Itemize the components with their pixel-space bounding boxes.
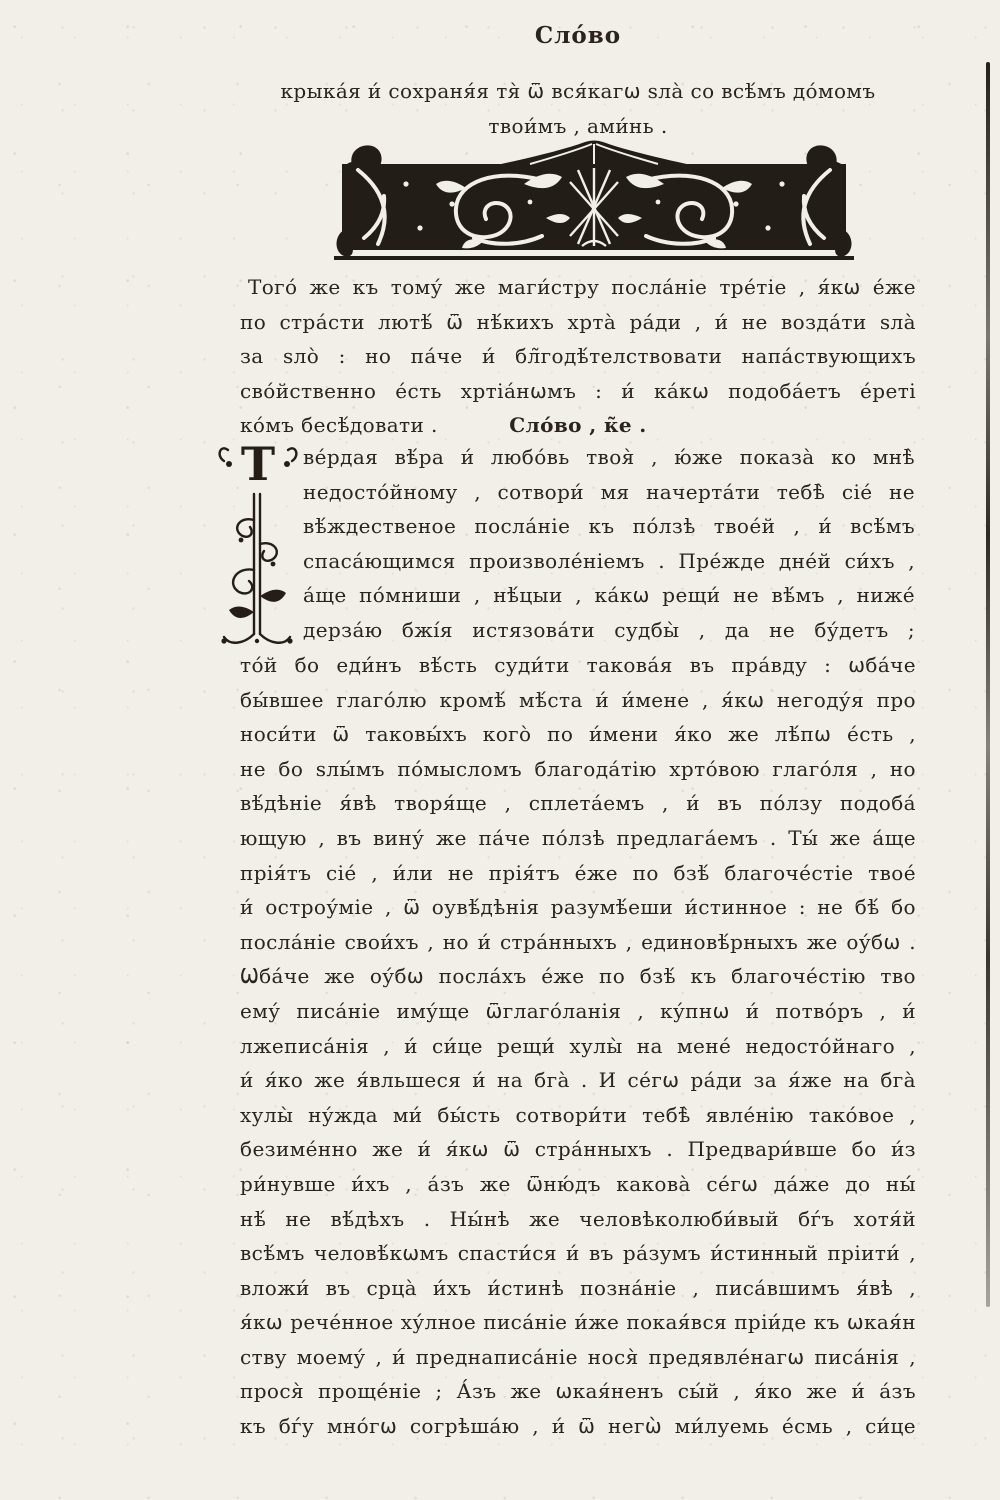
body-line: носи́ти ѿ таковы́хъ кого̀ по и́мени я́ко… (240, 717, 916, 752)
body-line: и́ я́ко же я́вльшеся и́ на бга̀ . И се́г… (240, 1063, 916, 1098)
body-paragraph-indented: ве́рдая вѣ́ра и́ любо́вь твоя̀ , ю́же по… (303, 440, 915, 648)
body-line: всѣ́мъ человѣ́кѡмъ спасти́ся и́ въ ра́зу… (240, 1236, 916, 1271)
body-line: не бо ѕлы́мъ по́мысломъ благода́тію хрто… (240, 752, 916, 787)
summary-line: Того́ же къ тому́ же маги́стру посла́ніе… (240, 270, 916, 305)
book-page: Сло́во крыка́я и́ сохраня́я тя̀ ѿ вся́ка… (0, 0, 1000, 1500)
body-line: ри́нувше и́хъ , а́зъ же ѿню́дъ какова̀ с… (240, 1167, 916, 1202)
summary-line: за ѕло̀ : но па́че и́ бл̃годѣ́телствоват… (240, 339, 916, 374)
body-line: то́й бо еди́нъ вѣ́сть суди́ти такова́я в… (240, 648, 916, 683)
body-line: вложи́ въ срца̀ и́хъ и́стинѣ позна́ніе ,… (240, 1271, 916, 1306)
body-line: ству моему́ , и́ преднаписа́ніе нося̀ пр… (240, 1340, 916, 1375)
chapter-heading-line: ко́мъ бесѣ́довати . Сло́во , к̃е . (240, 408, 916, 443)
body-line: прося̀ проще́ніе ; А́зъ же ѡкая́ненъ сы́… (240, 1374, 916, 1409)
body-line: Ѡба́че же оу́бѡ посла́хъ е́же по бзѣ́ къ… (240, 959, 916, 994)
body-line: ве́рдая вѣ́ра и́ любо́вь твоя̀ , ю́же по… (303, 440, 915, 475)
body-line: спаса́ющимся произволе́ніемъ . Пре́жде д… (303, 544, 915, 579)
body-line: недосто́йному , сотвори́ мя начерта́ти т… (303, 475, 915, 510)
body-line: прія́тъ сіе́ , и́ли не прія́тъ е́же по б… (240, 856, 916, 891)
body-line: къ бѓу мно́гѡ согрѣша́ю , и́ ѿ негѡ̀ ми́… (240, 1409, 916, 1444)
dropcap-initial: Т (214, 436, 302, 652)
headpiece-ornament-icon (334, 140, 854, 268)
chapter-heading: Сло́во , к̃е . (503, 408, 652, 443)
summary-line: по стра́сти лютѣ́ ѿ нѣ́кихъ хрта̀ ра́ди … (240, 305, 916, 340)
dropcap-letter: Т (232, 438, 284, 490)
body-line: ему́ писа́ніе иму́ще ѿглаго́ланія , ку́п… (240, 994, 916, 1029)
body-line: а́ще по́мниши , нѣ́цыи , ка́кѡ рещи́ не … (303, 578, 915, 613)
running-header: Сло́во (240, 22, 916, 49)
body-line: я́кѡ рече́нное ху́лное писа́ніе и́же пок… (240, 1305, 916, 1340)
chapter-summary: Того́ же къ тому́ же маги́стру посла́ніе… (240, 270, 916, 443)
body-line: вѣ́дѣніе я́вѣ творя́ще , сплета́емъ , и́… (240, 786, 916, 821)
body-line: вѣ́ждественое посла́ніе къ по́лзѣ твое́й… (303, 509, 915, 544)
body-line: ющую , въ вину́ же па́че по́лзѣ предлага… (240, 821, 916, 856)
book-edge-shadow (986, 62, 990, 1307)
body-line: безиме́нно же и́ я́кѡ ѿ стра́нныхъ . Пре… (240, 1132, 916, 1167)
body-line: лжеписа́нія , и́ си́це рещи́ хулы̀ на ме… (240, 1029, 916, 1064)
summary-line: сво́йственно е́сть хртіа́нѡмъ : и́ ка́кѡ… (240, 374, 916, 409)
body-line: и́ остроу́міе , ѿ оувѣ́дѣнія разумѣ́еши … (240, 890, 916, 925)
body-line: нѣ́ не вѣ́дѣхъ . Ны́нѣ же человѣколюби́в… (240, 1202, 916, 1237)
body-line: хулы̀ ну́жда ми́ бы́сть сотвори́ти тебѣ̀… (240, 1098, 916, 1133)
body-line: посла́ніе свои́хъ , но и́ стра́нныхъ , е… (240, 925, 916, 960)
carryover-line: твои́мъ , ами́нь . (240, 109, 916, 144)
carryover-line: крыка́я и́ сохраня́я тя̀ ѿ вся́кагѡ ѕла̀… (240, 74, 916, 109)
body-paragraph: то́й бо еди́нъ вѣ́сть суди́ти такова́я в… (240, 648, 916, 1444)
body-line: дерза́ю бжі́я истязова́ти судбы̀ , да не… (303, 613, 915, 648)
carryover-paragraph: крыка́я и́ сохраня́я тя̀ ѿ вся́кагѡ ѕла̀… (240, 74, 916, 143)
body-line: бы́вшее глаго́лю кромѣ́ мѣ́ста и́ и́мене… (240, 683, 916, 718)
